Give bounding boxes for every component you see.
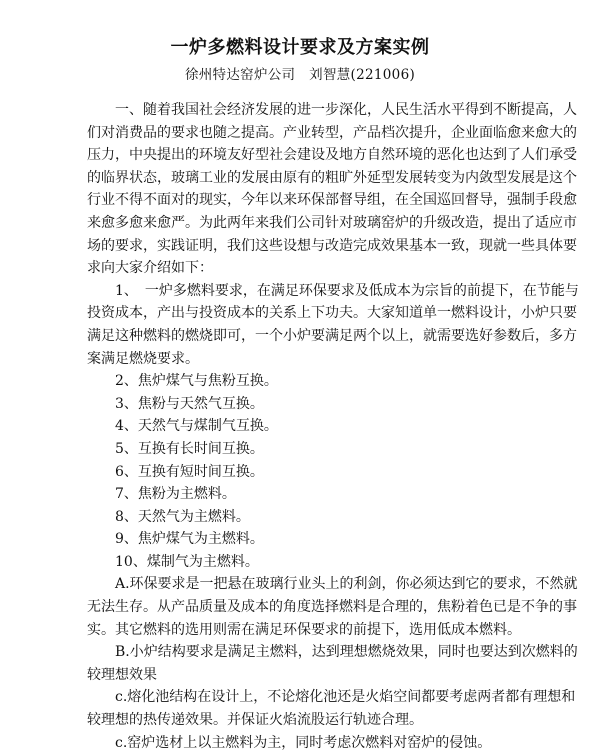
text-line: 求向大家介绍如下： <box>87 257 508 280</box>
text-line: 较理想的热传递效果。并保证火焰流股运行轨迹合理。 <box>87 709 508 732</box>
text-line: 来愈多愈来愈严。为此两年来我们公司针对玻璃窑炉的升级改造，提出了适应市 <box>87 212 508 235</box>
text-line: 投资成本，产出与投资成本的关系上下功夫。大家知道单一燃料设计，小炉只要 <box>87 302 508 325</box>
fuel-options-list: 2、焦炉煤气与焦粉互换。 3、焦粉与天然气互换。 4、天然气与煤制气互换。 5、… <box>87 370 508 573</box>
list-item: 4、天然气与煤制气互换。 <box>87 415 508 438</box>
section-b: B.小炉结构要求是满足主燃料，达到理想燃烧效果，同时也要达到次燃料的 较理想效果 <box>87 641 508 686</box>
text-line: 无法生存。从产品质量及成本的角度选择燃料是合理的，焦粉着色已是不争的事 <box>87 596 508 619</box>
section-a: A.环保要求是一把悬在玻璃行业头上的利剑，你必须达到它的要求，不然就 无法生存。… <box>87 573 508 641</box>
text-line: c.熔化池结构在设计上，不论熔化池还是火焰空间都要考虑两者都有理想和 <box>87 686 508 709</box>
document-body: 一、随着我国社会经济发展的进一步深化，人民生活水平得到不断提高，人 们对消费品的… <box>87 99 508 753</box>
list-item: 2、焦炉煤气与焦粉互换。 <box>87 370 508 393</box>
author-byline: 徐州特达窑炉公司 刘智慧(221006) <box>0 63 600 83</box>
text-line: 行业不得不面对的现实，今年以来环保部督导组，在全国巡回督导，强制手段愈 <box>87 189 508 212</box>
text-line: A.环保要求是一把悬在玻璃行业头上的利剑，你必须达到它的要求，不然就 <box>87 573 508 596</box>
paragraph-item-1: 1、 一炉多燃料要求，在满足环保要求及低成本为宗旨的前提下，在节能与 投资成本，… <box>87 280 508 370</box>
list-item: 6、互换有短时间互换。 <box>87 461 508 484</box>
section-c-materials: c.窑炉选材上以主燃料为主，同时考虑次燃料对窑炉的侵蚀。 <box>87 732 508 753</box>
text-line: 的临界状态，玻璃工业的发展由原有的粗旷外延型发展转变为内敛型发展是这个 <box>87 167 508 190</box>
text-line: 一、随着我国社会经济发展的进一步深化，人民生活水平得到不断提高，人 <box>87 99 508 122</box>
text-line: B.小炉结构要求是满足主燃料，达到理想燃烧效果，同时也要达到次燃料的 <box>87 641 508 664</box>
text-line: 实。其它燃料的选用则需在满足环保要求的前提下，选用低成本燃料。 <box>87 619 508 642</box>
text-line: 较理想效果 <box>87 664 508 687</box>
text-line: c.窑炉选材上以主燃料为主，同时考虑次燃料对窑炉的侵蚀。 <box>87 732 508 753</box>
list-item: 8、天然气为主燃料。 <box>87 506 508 529</box>
text-line: 们对消费品的要求也随之提高。产业转型，产品档次提升，企业面临愈来愈大的 <box>87 122 508 145</box>
list-item: 7、焦粉为主燃料。 <box>87 483 508 506</box>
section-c-melting-tank: c.熔化池结构在设计上，不论熔化池还是火焰空间都要考虑两者都有理想和 较理想的热… <box>87 686 508 731</box>
text-line: 1、 一炉多燃料要求，在满足环保要求及低成本为宗旨的前提下，在节能与 <box>87 280 508 303</box>
list-item: 9、焦炉煤气为主燃料。 <box>87 528 508 551</box>
text-line: 场的要求，实践证明，我们这些设想与改造完成效果基本一致，现就一些具体要 <box>87 235 508 258</box>
list-item: 3、焦粉与天然气互换。 <box>87 393 508 416</box>
text-line: 压力，中央提出的环境友好型社会建设及地方自然环境的恶化也达到了人们承受 <box>87 144 508 167</box>
text-line: 案满足燃烧要求。 <box>87 348 508 371</box>
list-item: 5、互换有长时间互换。 <box>87 438 508 461</box>
text-line: 满足这种燃料的燃烧即可，一个小炉要满足两个以上，就需要选好参数后，多方 <box>87 325 508 348</box>
list-item: 10、煤制气为主燃料。 <box>87 551 508 574</box>
document-title: 一炉多燃料设计要求及方案实例 <box>0 33 600 59</box>
paragraph-intro: 一、随着我国社会经济发展的进一步深化，人民生活水平得到不断提高，人 们对消费品的… <box>87 99 508 280</box>
